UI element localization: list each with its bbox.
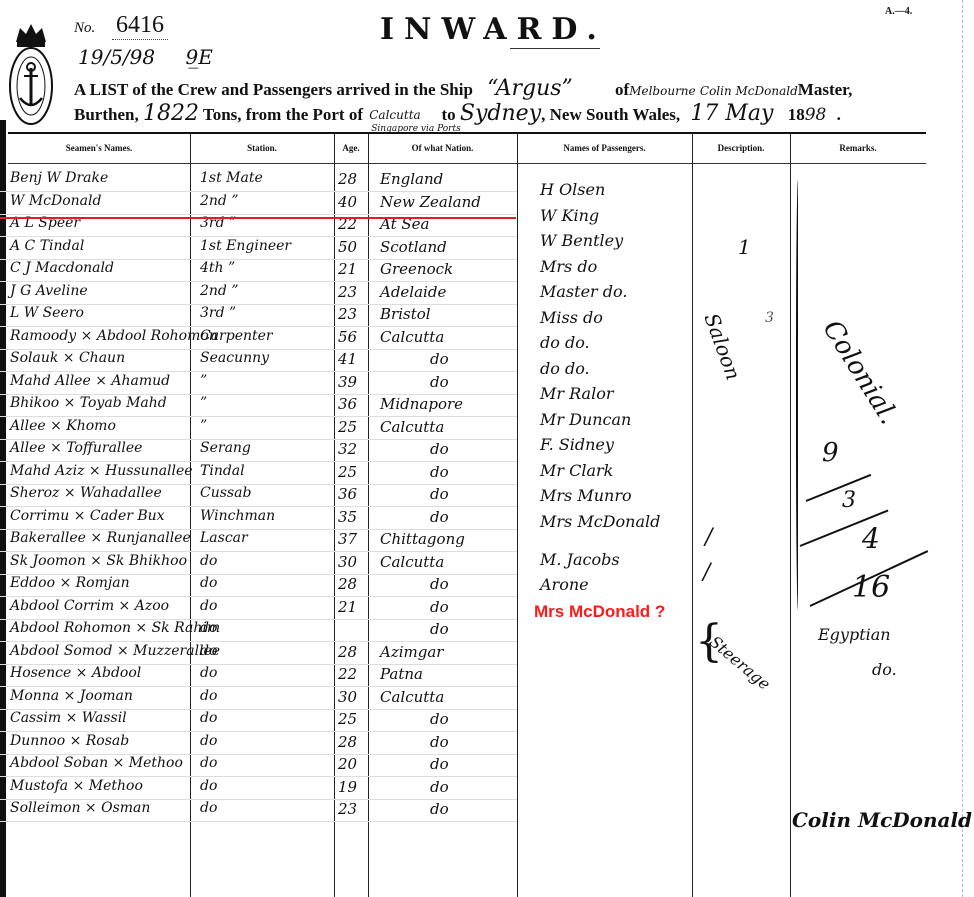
document-number: 6416: [112, 12, 168, 40]
crew-nation: do: [430, 710, 449, 728]
crew-nation: Bristol: [380, 305, 431, 323]
passenger-name: M. Jacobs: [540, 550, 690, 576]
crew-age: 23: [338, 800, 357, 818]
date-stamp-value: 19/5/98: [78, 45, 155, 69]
saloon-label: Saloon: [699, 310, 745, 383]
crew-nation: Midnapore: [380, 395, 463, 413]
crew-station: Serang: [200, 440, 251, 456]
passenger-name: Mr Clark: [540, 461, 690, 487]
crew-nation: Chittagong: [380, 530, 465, 548]
master-signature: Colin McDonald: [792, 808, 972, 832]
crew-nation: do: [430, 485, 449, 503]
crew-nation: do: [430, 733, 449, 751]
nsw-label: , New South Wales,: [541, 105, 680, 124]
form-code: A.—4.: [885, 6, 912, 17]
tick-mark: /: [703, 560, 710, 585]
passenger-name: Master do.: [540, 282, 690, 308]
crew-station: 4th ”: [200, 260, 235, 276]
crew-row: C J Macdonald4th ”21Greenock: [0, 260, 517, 283]
passenger-name: Mrs do: [540, 257, 690, 283]
tally-value: 16: [852, 570, 890, 605]
table-top-rule: [8, 132, 926, 134]
passenger-name: Mr Ralor: [540, 384, 690, 410]
crew-name: J G Aveline: [10, 283, 88, 299]
page-title: INWARD.: [380, 12, 607, 47]
passenger-name: do do.: [540, 359, 690, 385]
crew-name: Abdool Soban × Methoo: [10, 755, 183, 771]
passenger-name: W Bentley: [540, 231, 690, 257]
annotation-label: Mrs McDonald ?: [534, 602, 665, 622]
burthen-label: Burthen,: [74, 105, 139, 124]
crew-row: L W Seero3rd ”23Bristol: [0, 305, 517, 328]
column-header-seamen-names: Seamen's Names.: [8, 143, 190, 153]
crew-nation: Calcutta: [380, 553, 444, 571]
column-header-nation: Of what Nation.: [368, 143, 517, 153]
crew-row: Solauk × ChaunSeacunny41do: [0, 350, 517, 373]
crew-name: Abdool Corrim × Azoo: [10, 598, 169, 614]
crew-nation: do: [430, 800, 449, 818]
column-header-remarks: Remarks.: [790, 143, 926, 153]
tons-label: Tons, from the Port of: [203, 105, 363, 124]
column-divider: [692, 134, 693, 897]
number-label: No.: [74, 20, 95, 37]
header-line-1: A LIST of the Crew and Passengers arrive…: [74, 76, 852, 101]
crew-age: 20: [338, 755, 357, 773]
crew-name: Mustofa × Methoo: [10, 778, 143, 794]
burthen-value: 1822: [143, 101, 199, 126]
crew-name: Solauk × Chaun: [10, 350, 125, 366]
passenger-name: Mrs Munro: [540, 486, 690, 512]
passenger-name: do do.: [540, 333, 690, 359]
crew-row: Abdool Rohomon × Sk Rahimdodo: [0, 620, 517, 643]
crew-age: 23: [338, 305, 357, 323]
tick-mark: /: [705, 525, 712, 550]
ship-name: “Argus”: [487, 76, 573, 101]
crew-name: Sk Joomon × Sk Bhikhoo: [10, 553, 187, 569]
crew-station: 1st Mate: [200, 170, 263, 186]
crew-age: 19: [338, 778, 357, 796]
marine-department-crest-icon: [8, 20, 54, 126]
crew-age: 28: [338, 575, 357, 593]
crew-name: W McDonald: [10, 193, 101, 209]
passenger-name: Miss do: [540, 308, 690, 334]
passenger-list: H OlsenW KingW BentleyMrs doMaster do.Mi…: [540, 180, 690, 601]
crew-name: Cassim × Wassil: [10, 710, 127, 726]
passenger-name: Arone: [540, 575, 690, 601]
crew-station: Tindal: [200, 463, 245, 479]
tally-divider: [806, 474, 872, 502]
crew-station: 2nd ”: [200, 193, 239, 209]
crew-nation: Calcutta: [380, 418, 444, 436]
crew-age: 41: [338, 350, 357, 368]
row-rule: [0, 821, 517, 822]
crew-age: 23: [338, 283, 357, 301]
crew-name: Abdool Somod × Muzzerallee: [10, 643, 220, 659]
crew-nation: do: [430, 575, 449, 593]
crew-name: Bhikoo × Toyab Mahd: [10, 395, 167, 411]
crew-nation: New Zealand: [380, 193, 481, 211]
crew-name: Sheroz × Wahadallee: [10, 485, 162, 501]
tally-value: 9: [822, 438, 839, 468]
crew-station: ”: [200, 395, 207, 411]
crew-station: ”: [200, 373, 207, 389]
table-header-rule: [8, 163, 926, 164]
crew-row: Sk Joomon × Sk Bhikhoodo30Calcutta: [0, 553, 517, 576]
crew-nation: do: [430, 755, 449, 773]
crew-age: 35: [338, 508, 357, 526]
crew-name: Monna × Jooman: [10, 688, 133, 704]
crew-age: 25: [338, 418, 357, 436]
crew-list: Benj W Drake1st Mate28EnglandW McDonald2…: [0, 170, 517, 823]
crew-row: Allee × Khomo”25Calcutta: [0, 418, 517, 441]
master-label: Master,: [798, 80, 853, 99]
crew-station: Carpenter: [200, 328, 273, 344]
crew-row: Eddoo × Romjando28do: [0, 575, 517, 598]
crew-age: 28: [338, 170, 357, 188]
crew-station: 3rd ”: [200, 305, 236, 321]
crew-nation: Patna: [380, 665, 423, 683]
crew-row: Abdool Soban × Methoodo20do: [0, 755, 517, 778]
crew-name: Hosence × Abdool: [10, 665, 141, 681]
crew-row: A C Tindal1st Engineer50Scotland: [0, 238, 517, 261]
crew-station: do: [200, 598, 217, 614]
crew-station: do: [200, 643, 217, 659]
crew-age: 21: [338, 598, 357, 616]
crew-row: Corrimu × Cader BuxWinchman35do: [0, 508, 517, 531]
crew-name: Bakerallee × Runjanallee: [10, 530, 191, 546]
to-label: to: [442, 105, 456, 124]
crew-age: 40: [338, 193, 357, 211]
crew-row: Monna × Joomando30Calcutta: [0, 688, 517, 711]
header-line-2: Burthen, 1822 Tons, from the Port of Cal…: [74, 101, 841, 126]
crew-station: do: [200, 800, 217, 816]
crew-name: L W Seero: [10, 305, 84, 321]
column-divider: [790, 134, 791, 897]
crew-age: 50: [338, 238, 357, 256]
crew-nation: Azimgar: [380, 643, 443, 661]
crew-station: do: [200, 733, 217, 749]
crew-age: 36: [338, 395, 357, 413]
crew-nation: England: [380, 170, 443, 188]
crew-nation: do: [430, 620, 449, 638]
crew-row: Ramoody × Abdool RohomonCarpenter56Calcu…: [0, 328, 517, 351]
crew-name: Abdool Rohomon × Sk Rahim: [10, 620, 220, 636]
crew-age: 56: [338, 328, 357, 346]
crew-row: Mahd Aziz × HussunalleeTindal25do: [0, 463, 517, 486]
crew-age: 39: [338, 373, 357, 391]
crew-name: Dunnoo × Rosab: [10, 733, 129, 749]
title-underline: [510, 48, 600, 49]
crew-row: Allee × ToffuralleeSerang32do: [0, 440, 517, 463]
crew-station: do: [200, 755, 217, 771]
crew-row: Mustofa × Methoodo19do: [0, 778, 517, 801]
column-header-station: Station.: [190, 143, 334, 153]
crew-station: 1st Engineer: [200, 238, 291, 254]
crew-age: 30: [338, 688, 357, 706]
crew-row: Hosence × Abdooldo22Patna: [0, 665, 517, 688]
destination-port: Sydney: [460, 101, 541, 126]
saloon-count: 1: [738, 235, 751, 259]
crew-station: 2nd ”: [200, 283, 239, 299]
page-edge: [962, 0, 964, 897]
crew-age: 37: [338, 530, 357, 548]
crew-nation: Calcutta: [380, 328, 444, 346]
crew-name: Benj W Drake: [10, 170, 108, 186]
crew-row: Benj W Drake1st Mate28England: [0, 170, 517, 193]
crew-age: 25: [338, 463, 357, 481]
column-divider: [517, 134, 518, 897]
crew-row: Bhikoo × Toyab Mahd”36Midnapore: [0, 395, 517, 418]
crew-name: Solleimon × Osman: [10, 800, 150, 816]
crew-nation: Scotland: [380, 238, 447, 256]
crew-row: Abdool Somod × Muzzeralleedo28Azimgar: [0, 643, 517, 666]
highlight-underline: [0, 217, 516, 219]
crew-name: Mahd Aziz × Hussunallee: [10, 463, 193, 479]
crew-name: A C Tindal: [10, 238, 84, 254]
colonial-remark: Colonial.: [817, 315, 904, 430]
year-prefix: 18: [788, 105, 805, 124]
crew-row: Mahd Allee × Ahamud”39do: [0, 373, 517, 396]
crew-age: 32: [338, 440, 357, 458]
crew-row: Dunnoo × Rosabdo28do: [0, 733, 517, 756]
crew-nation: do: [430, 508, 449, 526]
crew-name: Eddoo × Romjan: [10, 575, 130, 591]
crew-row: Solleimon × Osmando23do: [0, 800, 517, 823]
crew-nation: Calcutta: [380, 688, 444, 706]
crew-nation: do: [430, 373, 449, 391]
arrival-date: 17 May: [690, 101, 773, 126]
crew-row: W McDonald2nd ”40New Zealand: [0, 193, 517, 216]
clerk-initials: 9̲E: [185, 45, 212, 69]
crew-station: Seacunny: [200, 350, 269, 366]
crew-nation: do: [430, 350, 449, 368]
crew-name: Corrimu × Cader Bux: [10, 508, 165, 524]
crew-row: Sheroz × WahadalleeCussab36do: [0, 485, 517, 508]
crew-name: C J Macdonald: [10, 260, 114, 276]
from-port: Calcutta: [369, 108, 420, 122]
crew-age: 28: [338, 643, 357, 661]
column-header-description: Description.: [692, 143, 790, 153]
crew-station: do: [200, 575, 217, 591]
crew-nation: do: [430, 440, 449, 458]
column-header-age: Age.: [334, 143, 368, 153]
crew-row: J G Aveline2nd ”23Adelaide: [0, 283, 517, 306]
of-label: of: [615, 80, 629, 99]
crew-age: 21: [338, 260, 357, 278]
egyptian-remark: Egyptian: [818, 625, 891, 644]
crew-station: Cussab: [200, 485, 251, 501]
crew-name: Ramoody × Abdool Rohomon: [10, 328, 218, 344]
crew-age: 30: [338, 553, 357, 571]
crew-age: 25: [338, 710, 357, 728]
crew-station: do: [200, 553, 217, 569]
crew-station: Lascar: [200, 530, 248, 546]
header-intro: A LIST of the Crew and Passengers arrive…: [74, 80, 473, 99]
crew-station: ”: [200, 418, 207, 434]
crew-name: Mahd Allee × Ahamud: [10, 373, 170, 389]
crew-station: do: [200, 620, 217, 636]
crew-row: Bakerallee × RunjanalleeLascar37Chittago…: [0, 530, 517, 553]
egyptian-ditto: do.: [872, 660, 897, 679]
crew-station: do: [200, 665, 217, 681]
passenger-name: W King: [540, 206, 690, 232]
crew-row: Cassim × Wassildo25do: [0, 710, 517, 733]
crew-age: 22: [338, 665, 357, 683]
date-stamp: 19/5/98 9̲E: [78, 45, 213, 69]
crew-station: do: [200, 710, 217, 726]
passenger-name: F. Sidney: [540, 435, 690, 461]
crew-nation: do: [430, 778, 449, 796]
tally-value: 4: [862, 522, 880, 555]
passenger-name: Mr Duncan: [540, 410, 690, 436]
crew-station: Winchman: [200, 508, 275, 524]
passenger-name: H Olsen: [540, 180, 690, 206]
crew-nation: Greenock: [380, 260, 453, 278]
crew-age: 36: [338, 485, 357, 503]
crew-station: do: [200, 688, 217, 704]
header-end-mark: .: [837, 105, 841, 124]
crew-row: Abdool Corrim × Azoodo21do: [0, 598, 517, 621]
master-name: Colin McDonald: [700, 84, 798, 98]
crew-nation: do: [430, 598, 449, 616]
column-header-passenger-names: Names of Passengers.: [517, 143, 692, 153]
crew-nation: do: [430, 463, 449, 481]
crew-station: do: [200, 778, 217, 794]
saloon-number: 3: [765, 310, 774, 326]
year-suffix: 98: [805, 105, 827, 125]
tally-value: 3: [842, 488, 856, 513]
crew-name: Allee × Khomo: [10, 418, 116, 434]
home-port: Melbourne: [629, 84, 695, 98]
crew-nation: Adelaide: [380, 283, 446, 301]
crew-name: Allee × Toffurallee: [10, 440, 142, 456]
crew-age: 28: [338, 733, 357, 751]
passenger-name: Mrs McDonald: [540, 512, 690, 550]
